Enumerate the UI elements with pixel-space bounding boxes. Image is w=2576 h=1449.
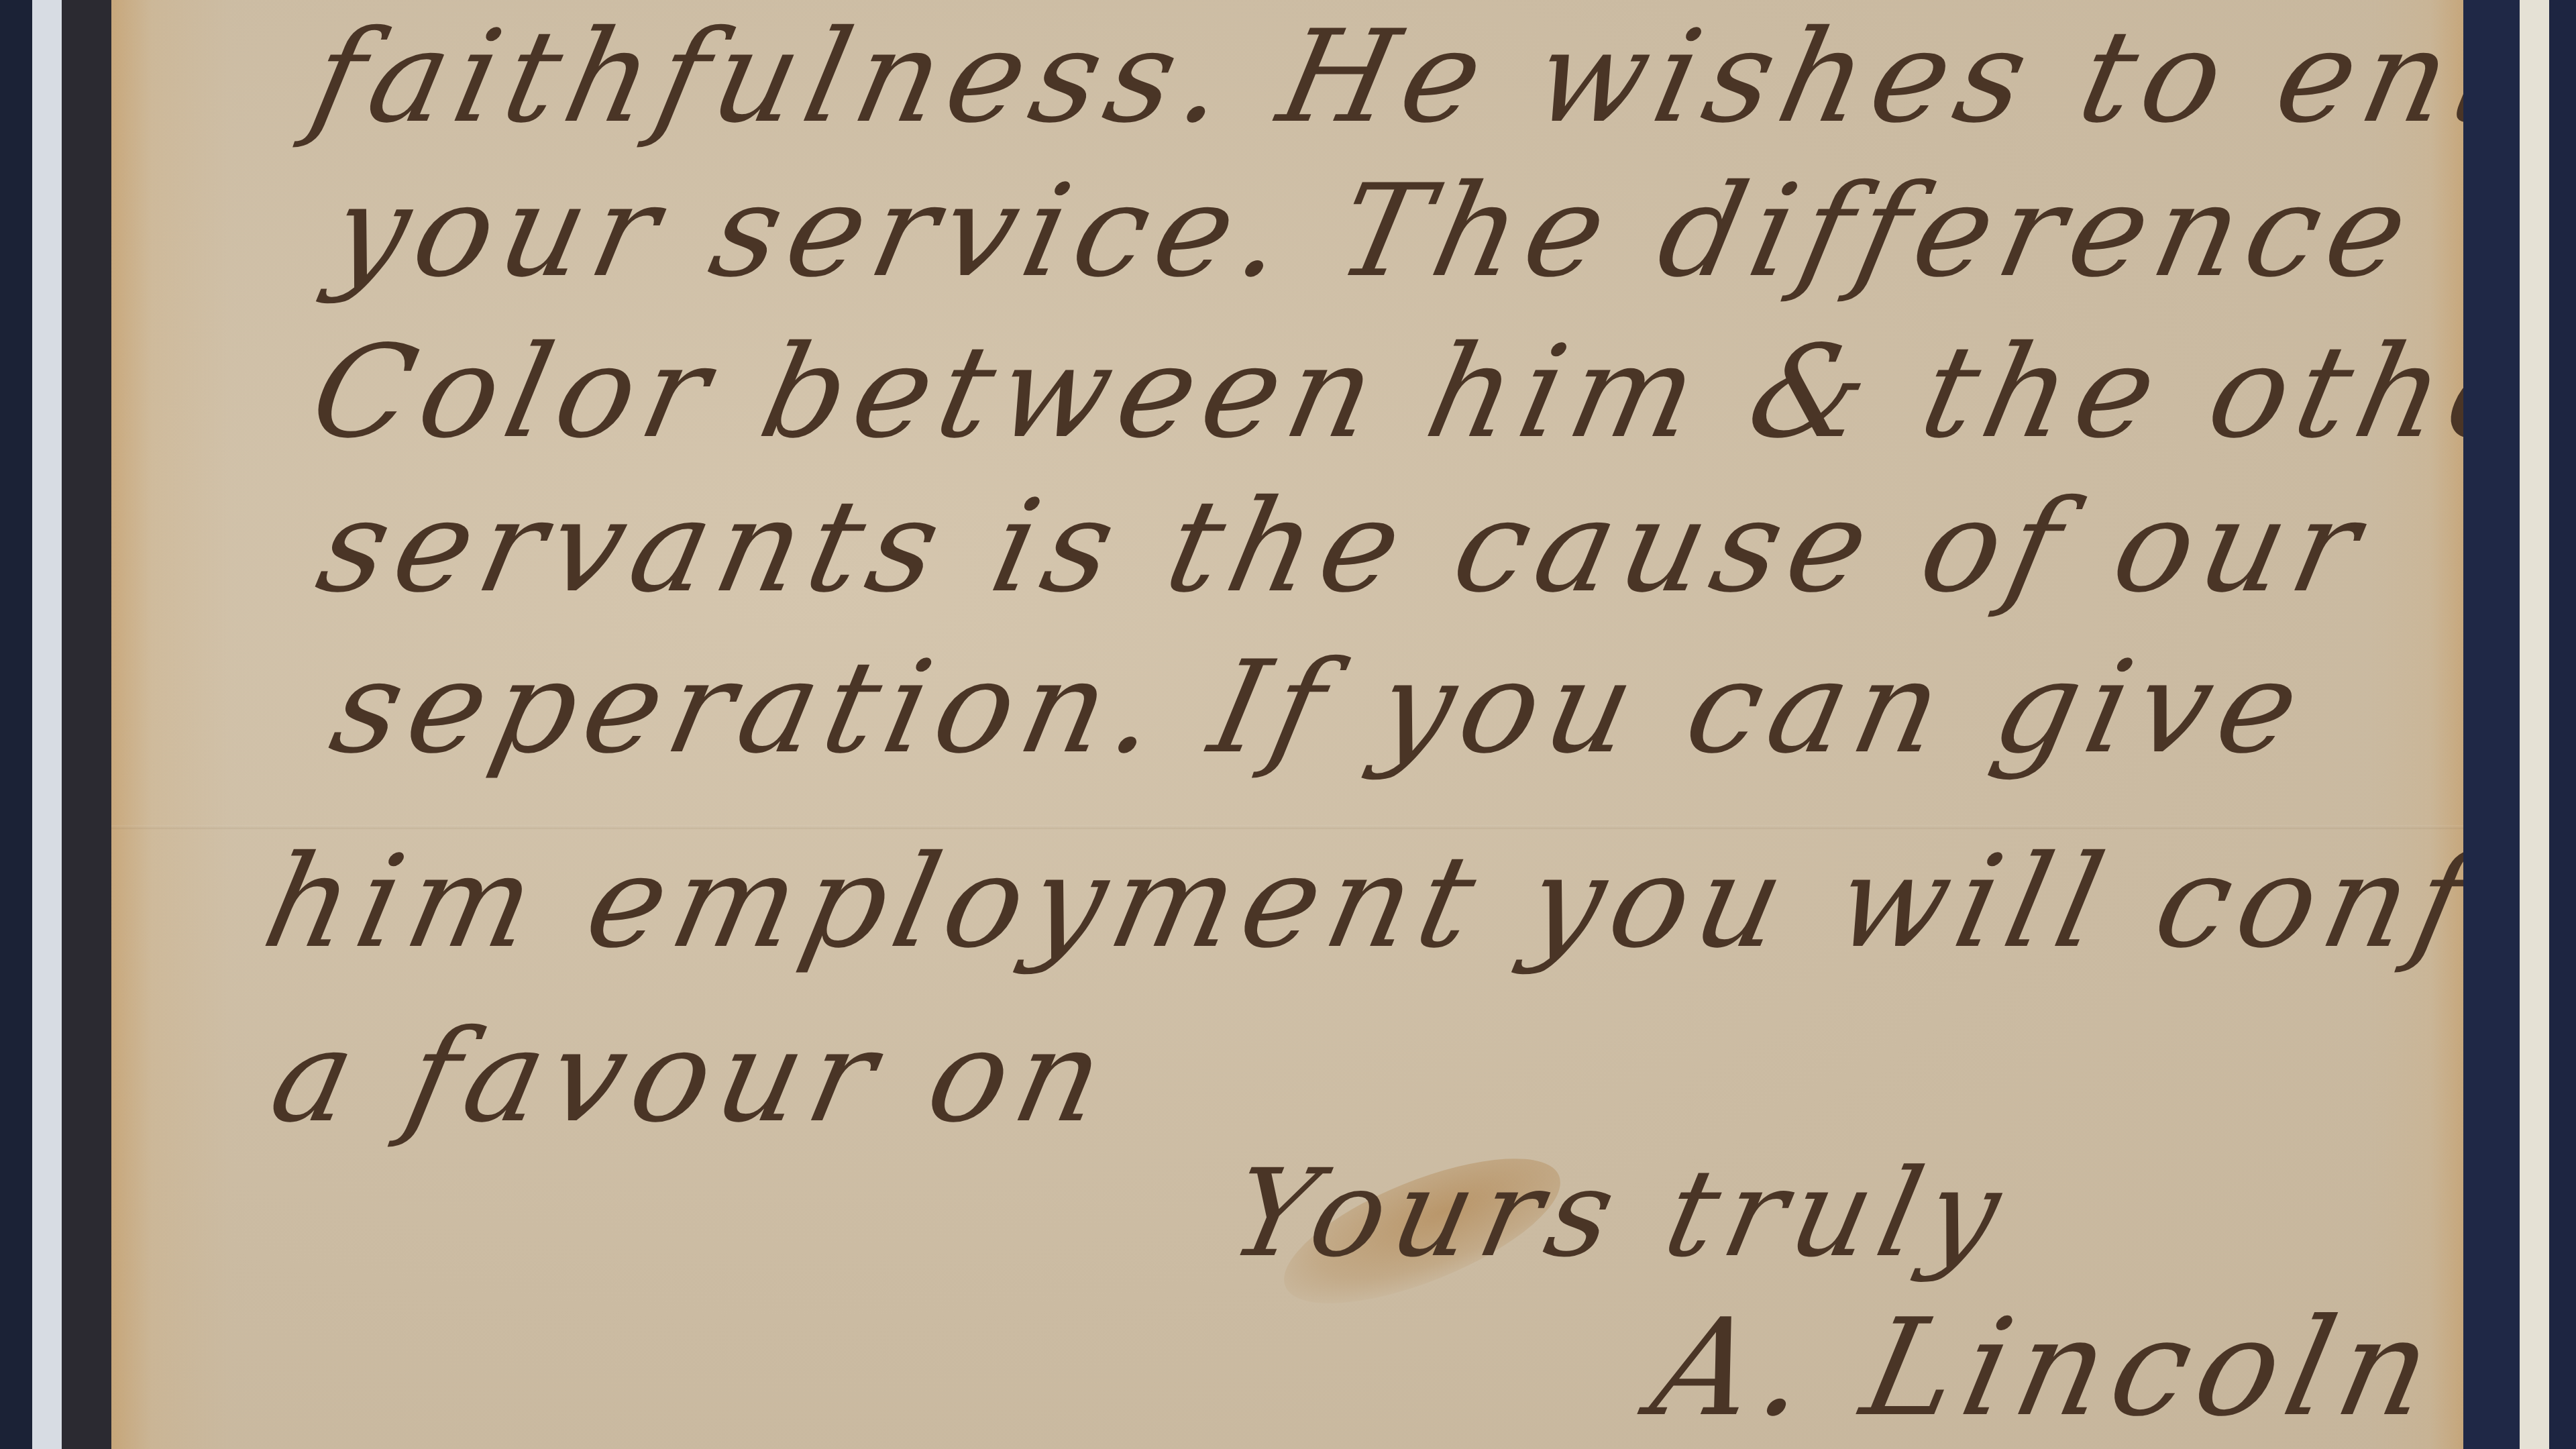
letter-line-2: your service. The difference of	[322, 168, 2576, 295]
frame-left-navy-border	[0, 0, 32, 1449]
letter-closing: Yours truly	[1222, 1154, 2019, 1275]
letter-line-6: him employment you will confer	[255, 839, 2576, 966]
letter-line-3: Color between him & the other	[302, 329, 2576, 456]
frame-right-navy-border	[2549, 0, 2576, 1449]
letter-line-7: a favour on	[262, 1013, 1123, 1140]
letter-line-1: faithfulness. He wishes to enter	[302, 13, 2576, 141]
letter-line-4: servants is the cause of our	[309, 483, 2379, 610]
frame-left-white-stripe	[32, 0, 62, 1449]
letter-line-5: seperation. If you can give	[322, 644, 2318, 771]
frame-right-cream-stripe	[2520, 0, 2549, 1449]
frame-left-dark-mat	[62, 0, 111, 1449]
frame-right-navy-mat	[2463, 0, 2520, 1449]
letter-signature: A. Lincoln	[1643, 1301, 2451, 1436]
